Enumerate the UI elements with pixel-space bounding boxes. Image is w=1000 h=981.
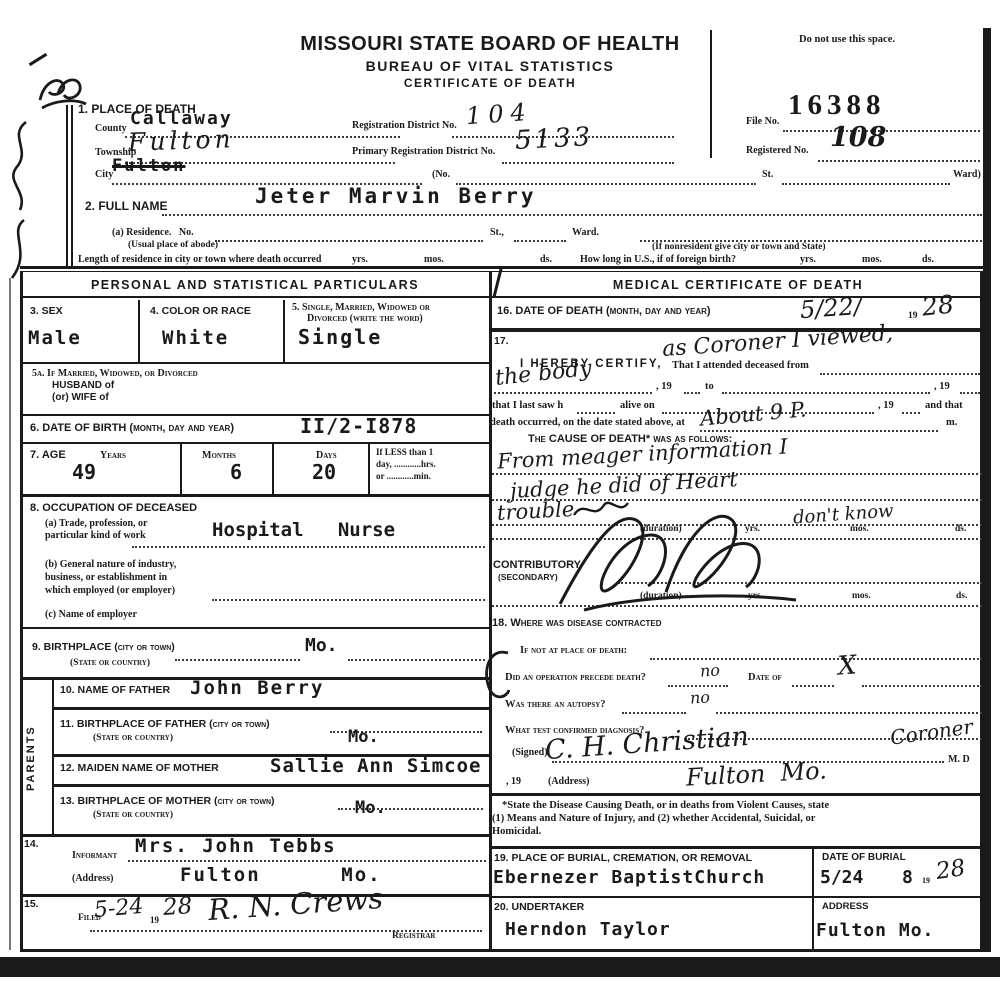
dotted-line: [622, 710, 686, 714]
rule: [20, 627, 490, 629]
margin-scribble: [2, 118, 36, 283]
certificate-title: CERTIFICATE OF DEATH: [250, 77, 730, 90]
date-of-birth-label: 6. DATE OF BIRTH (month, day and year): [30, 423, 234, 435]
left-column-title: PERSONAL AND STATISTICAL PARTICULARS: [20, 279, 490, 292]
date-of-burial-label: DATE OF BURIAL: [822, 853, 906, 864]
registered-number-value: 108: [830, 124, 886, 152]
date-of-death-value: 5/22/: [799, 294, 863, 323]
rule: [490, 793, 983, 796]
death-certificate-document: MISSOURI STATE BOARD OF HEALTH BUREAU OF…: [0, 0, 1000, 981]
state-or-country-label: (State or country): [93, 734, 173, 744]
death-year-preprint: 19: [908, 312, 918, 322]
table-bottom-border: [20, 949, 983, 952]
comma-19-label: , 19: [934, 381, 950, 392]
dotted-line: [175, 657, 300, 661]
right-column-title: MEDICAL CERTIFICATE OF DEATH: [492, 279, 984, 292]
comma-19-label: , 19: [656, 381, 672, 392]
operation-answer-handwriting: no: [699, 662, 720, 680]
dotted-line: [684, 390, 700, 394]
yrs-label: yrs.: [352, 255, 368, 266]
scan-right-bar: [983, 28, 991, 952]
death-year-value: 28: [921, 291, 955, 320]
alive-on-label: alive on: [620, 400, 655, 411]
rule: [20, 271, 985, 272]
filed-year-preprint: 19: [150, 916, 159, 925]
date-of-label: Date of: [748, 672, 782, 683]
informant-name-value: Mrs. John Tebbs: [135, 837, 337, 857]
cell-divider: [180, 444, 182, 494]
township-value: Fulton: [128, 126, 236, 156]
husband-of-label: HUSBAND of: [52, 381, 114, 392]
marital-label-line2: Divorced (write the word): [307, 314, 423, 325]
border-left-inner: [71, 105, 73, 268]
less-than-1-line3: or ............min.: [376, 472, 431, 481]
dotted-line: [700, 428, 938, 432]
file-number-label: File No.: [746, 117, 779, 128]
autopsy-answer-handwriting: no: [689, 689, 710, 707]
dotted-line: [902, 410, 920, 414]
marital-value: Single: [298, 327, 382, 348]
informant-address-label: (Address): [72, 874, 113, 885]
how-long-us-label: How long in U.S., if of foreign birth?: [580, 255, 736, 266]
filed-number: 15.: [24, 899, 39, 910]
industry-label-line1: (b) General nature of industry,: [45, 560, 176, 571]
dotted-line: [716, 710, 982, 714]
wife-of-label: (or) WIFE of: [52, 393, 109, 404]
birthplace-label: 9. BIRTHPLACE (city or town): [32, 642, 175, 653]
if-not-at-place-label: If not at place of death:: [520, 645, 627, 656]
rule: [490, 896, 983, 898]
board-title: MISSOURI STATE BOARD OF HEALTH: [250, 34, 730, 55]
rule: [20, 362, 490, 364]
rule: [20, 296, 490, 298]
registration-district-label: Registration District No.: [352, 121, 457, 132]
father-name-label: 10. NAME OF FATHER: [60, 685, 170, 696]
sex-value: Male: [28, 329, 82, 349]
ds-label: ds.: [956, 592, 967, 602]
no-paren-label: (No.: [432, 170, 450, 181]
mother-birthplace-value: Mo.: [355, 800, 386, 818]
signature-title-handwriting: Coroner: [889, 716, 974, 748]
ds-label: ds.: [540, 255, 552, 266]
age-months-value: 6: [230, 462, 242, 483]
cell-divider: [272, 444, 274, 494]
operation-date-handwriting: X: [837, 652, 857, 681]
signed-label: (Signed): [512, 748, 548, 759]
dotted-line: [862, 683, 982, 687]
filed-year-value: 28: [162, 894, 193, 920]
mos-label: mos.: [424, 255, 444, 266]
informant-number: 14.: [24, 839, 39, 850]
death-occurred-label: death occurred, on the date stated above…: [490, 417, 685, 428]
dotted-line: [818, 158, 980, 162]
mos-label: mos.: [850, 525, 869, 535]
cell-divider: [283, 300, 285, 362]
filed-date-value: 5-24: [93, 895, 144, 922]
rule: [20, 442, 490, 444]
length-of-residence-label: Length of residence in city or town wher…: [78, 255, 321, 266]
dotted-line: [212, 597, 485, 601]
residence-ward-label: Ward.: [572, 228, 599, 239]
dotted-line: [668, 683, 728, 687]
rule: [490, 846, 983, 849]
dotted-line: [514, 238, 566, 242]
father-birthplace-label: 11. BIRTHPLACE OF FATHER (city or town): [60, 719, 270, 730]
signed-address-label: (Address): [548, 777, 589, 788]
operation-precede-label: Did an operation precede death?: [505, 672, 646, 683]
married-to-label: 5a. If Married, Widowed, or Divorced: [32, 369, 198, 380]
signed-year-label: , 19: [506, 777, 521, 788]
do-not-use-label: Do not use this space.: [742, 34, 952, 45]
county-label: County: [95, 124, 127, 135]
place-of-burial-value: Ebernezer BaptistChurch: [493, 869, 765, 888]
primary-registration-label: Primary Registration District No.: [352, 147, 495, 158]
primary-registration-value: 5133: [514, 124, 593, 155]
date-of-death-label: 16. DATE OF DEATH (month, day and year): [497, 306, 711, 318]
place-of-burial-label: 19. PLACE OF BURIAL, CREMATION, OR REMOV…: [494, 853, 752, 864]
color-race-label: 4. COLOR OR RACE: [150, 306, 251, 317]
occupation-value: Hospital Nurse: [212, 521, 395, 541]
yrs-label: yrs.: [800, 255, 816, 266]
sex-label: 3. SEX: [30, 306, 63, 317]
header-divider: [710, 30, 712, 158]
undertaker-address-label: ADDRESS: [822, 902, 868, 912]
registrar-signature: R. N. Crews: [207, 883, 384, 926]
full-name-value: Jeter Marvin Berry: [255, 185, 537, 207]
dotted-line: [782, 181, 950, 185]
mos-label: mos.: [852, 592, 871, 602]
ds-label: ds.: [922, 255, 934, 266]
file-number-value: 16388: [788, 90, 886, 120]
pen-dash: [29, 53, 48, 66]
certify-number: 17.: [494, 336, 509, 347]
bureau-title: BUREAU OF VITAL STATISTICS: [250, 59, 730, 74]
dotted-line: [494, 390, 652, 394]
age-label: 7. AGE: [30, 450, 66, 462]
autopsy-label: Was there an autopsy?: [505, 699, 606, 710]
industry-label-line2: business, or establishment in: [45, 573, 167, 584]
to-label: to: [705, 381, 714, 392]
mother-birthplace-label: 13. BIRTHPLACE OF MOTHER (city or town): [60, 796, 275, 807]
color-race-value: White: [162, 329, 229, 349]
rule: [20, 494, 490, 497]
undertaker-label: 20. UNDERTAKER: [494, 902, 584, 913]
age-years-value: 49: [72, 462, 96, 483]
dotted-line: [348, 657, 485, 661]
informant-label: Informant: [72, 851, 117, 862]
trade-label-line2: particular kind of work: [45, 531, 146, 542]
mother-maiden-name-label: 12. MAIDEN NAME OF MOTHER: [60, 763, 219, 774]
date-of-birth-value: II/2-I878: [300, 416, 417, 437]
city-value-struck: Fulton: [112, 158, 185, 176]
dotted-line: [820, 371, 980, 375]
dotted-line: [792, 683, 834, 687]
dotted-line: [502, 160, 674, 164]
rule: [52, 707, 490, 710]
disease-contracted-label: 18. Where was disease contracted: [492, 618, 661, 630]
nonresident-note: (If nonresident give city or town and St…: [652, 243, 826, 253]
registrar-label: Registrar: [392, 932, 435, 942]
dotted-line: [128, 858, 486, 862]
signed-address-handwriting: Fulton Mo.: [685, 758, 827, 791]
industry-label-line3: which employed (or employer): [45, 586, 175, 597]
undertaker-address-value: Fulton Mo.: [816, 922, 934, 941]
ds-label: ds.: [955, 525, 966, 535]
state-or-country-label: (State or country): [70, 659, 150, 669]
contributory-scrawl: [548, 492, 800, 614]
footnote-line1: *State the Disease Causing Death, or in …: [502, 800, 829, 811]
dotted-line: [960, 390, 980, 394]
mother-maiden-name-value: Sallie Ann Simcoe: [270, 757, 481, 777]
full-name-label: 2. FULL NAME: [85, 200, 167, 213]
less-than-1-line1: If LESS than 1: [376, 448, 433, 457]
employer-label: (c) Name of employer: [45, 610, 137, 621]
years-label: Years: [100, 451, 126, 462]
state-or-country-label: (State or country): [93, 811, 173, 821]
rule: [20, 414, 490, 416]
less-than-1-line2: day, ............hrs.: [376, 460, 436, 469]
dotted-line: [132, 544, 485, 548]
border-left-outer: [66, 105, 68, 268]
parents-side-label: PARENTS: [26, 688, 42, 828]
dotted-line: [722, 390, 930, 394]
last-saw-label: that I last saw h: [492, 400, 563, 411]
date-of-burial-stray-digit: 8: [902, 869, 913, 888]
page-edge-line: [9, 278, 11, 950]
attended-deceased-label: That I attended deceased from: [672, 360, 809, 371]
residence-st-label: St.,: [490, 228, 504, 239]
st-label: St.: [762, 170, 773, 181]
burial-year-value: 28: [934, 856, 966, 884]
age-days-value: 20: [312, 462, 336, 483]
certify-handwriting-2: the body: [494, 357, 593, 390]
comma-19-label: , 19: [878, 400, 894, 411]
dotted-line: [162, 212, 982, 216]
footnote-line3: Homicidal.: [492, 826, 541, 837]
abode-label: (Usual place of abode): [128, 241, 218, 251]
cell-divider: [138, 300, 140, 362]
cell-divider: [812, 846, 814, 950]
rule: [490, 296, 983, 298]
rule: [52, 784, 490, 787]
dotted-line: [577, 410, 615, 414]
city-label: City: [95, 170, 113, 181]
and-that-label: and that: [925, 400, 963, 411]
undertaker-value: Herndon Taylor: [505, 921, 671, 940]
trade-label-line1: (a) Trade, profession, or: [45, 519, 148, 530]
dotted-line: [215, 238, 483, 242]
father-name-value: John Berry: [190, 679, 324, 699]
md-label: M. D: [948, 755, 970, 766]
birthplace-value: Mo.: [305, 637, 338, 656]
dotted-line: [650, 656, 982, 660]
burial-year-preprint: 19: [922, 877, 930, 885]
mos-label: mos.: [862, 255, 882, 266]
residence-label: (a) Residence. No.: [112, 228, 194, 239]
cell-divider: [368, 444, 370, 494]
registered-number-label: Registered No.: [746, 146, 809, 157]
table-left-border: [20, 272, 23, 950]
time-of-death-handwriting: About 9 P.: [699, 398, 807, 429]
ward-label: Ward): [953, 170, 981, 181]
date-of-burial-value: 5/24: [820, 869, 863, 888]
father-birthplace-value: Mo.: [348, 729, 379, 747]
occupation-label: 8. OCCUPATION OF DECEASED: [30, 503, 197, 515]
marital-label-line1: 5. Single, Married, Widowed or: [292, 303, 430, 314]
footnote-line2: (1) Means and Nature of Injury, and (2) …: [492, 813, 815, 824]
scan-bottom-bar: [0, 957, 1000, 977]
m-label: m.: [946, 417, 957, 428]
